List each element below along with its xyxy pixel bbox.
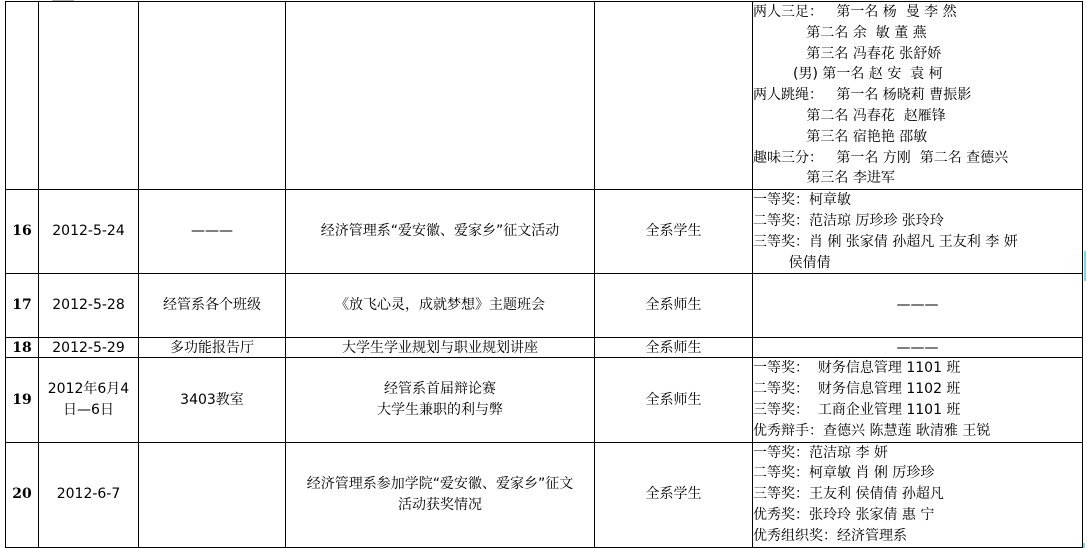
date-line: 2012年6月4 — [39, 379, 138, 400]
table-row: 20 2012-6-7 经济管理系参加学院“爱安徽、爱家乡”征文 活动获奖情况 … — [6, 442, 1083, 547]
activity-line: 活动获奖情况 — [286, 495, 594, 516]
activity-line: 经济管理系参加学院“爱安徽、爱家乡”征文 — [286, 474, 594, 495]
award-line: 第二名 冯春花 赵雁锋 — [753, 106, 1082, 127]
edge-resize-marker — [1083, 543, 1085, 548]
activity-cell: 经济管理系“爱安徽、爱家乡”征文活动 — [286, 190, 595, 274]
location-cell: 经管系各个班级 — [139, 274, 286, 338]
award-line: 二等奖：柯章敏 肖 俐 厉珍珍 — [753, 463, 1082, 484]
date-cell: 2012年6月4 日—6日 — [39, 358, 139, 442]
row-number-cell: 19 — [6, 358, 39, 442]
table-row: 18 2012-5-29 多功能报告厅 大学生学业规划与职业规划讲座 全系师生 … — [6, 338, 1083, 358]
award-line: 第三名 冯春花 张舒娇 — [753, 44, 1082, 65]
table-row: 19 2012年6月4 日—6日 3403教室 经管系首届辩论赛 大学生兼职的利… — [6, 358, 1083, 442]
row-number-cell: 18 — [6, 338, 39, 358]
awards-cell: 一等奖： 财务信息管理 1101 班 二等奖： 财务信息管理 1102 班 三等… — [753, 358, 1083, 442]
participants-cell: 全系师生 — [595, 338, 753, 358]
table-row: 两人三足： 第一名 杨 曼 李 然 第二名 余 敏 董 燕 第三名 冯春花 张舒… — [6, 2, 1083, 190]
award-line: 第二名 余 敏 董 燕 — [753, 23, 1082, 44]
location-cell: ——— — [139, 190, 286, 274]
date-cell: 2012-5-28 — [39, 274, 139, 338]
award-line: 一等奖：柯章敏 — [753, 190, 1082, 211]
award-line: 三等奖： 工商企业管理 1101 班 — [753, 400, 1082, 421]
location-cell — [139, 2, 286, 190]
award-line: 三等奖：王友利 侯倩倩 孙超凡 — [753, 484, 1082, 505]
award-line: 侯倩倩 — [753, 253, 1082, 274]
activity-table: 两人三足： 第一名 杨 曼 李 然 第二名 余 敏 董 燕 第三名 冯春花 张舒… — [5, 1, 1083, 548]
table-row: 16 2012-5-24 ——— 经济管理系“爱安徽、爱家乡”征文活动 全系学生… — [6, 190, 1083, 274]
award-line: 趣味三分： 第一名 方刚 第二名 查德兴 — [753, 148, 1082, 169]
date-cell: 2012-5-29 — [39, 338, 139, 358]
participants-cell — [595, 2, 753, 190]
table-row: 17 2012-5-28 经管系各个班级 《放飞心灵，成就梦想》主题班会 全系师… — [6, 274, 1083, 338]
activity-cell: 《放飞心灵，成就梦想》主题班会 — [286, 274, 595, 338]
row-number-cell: 17 — [6, 274, 39, 338]
awards-cell: 一等奖：范洁琼 李 妍 二等奖：柯章敏 肖 俐 厉珍珍 三等奖：王友利 侯倩倩 … — [753, 442, 1083, 547]
date-cell: 2012-5-24 — [39, 190, 139, 274]
awards-cell: 一等奖：柯章敏 二等奖：范洁琼 厉珍珍 张玲玲 三等奖：肖 俐 张家倩 孙超凡 … — [753, 190, 1083, 274]
activity-line: 经管系首届辩论赛 — [286, 379, 594, 400]
date-line: 日—6日 — [39, 400, 138, 421]
activity-cell: 经管系首届辩论赛 大学生兼职的利与弊 — [286, 358, 595, 442]
award-line: 优秀辩手：查德兴 陈慧莲 耿清雅 王锐 — [753, 421, 1082, 442]
location-cell — [139, 442, 286, 547]
row-number-cell: 20 — [6, 442, 39, 547]
location-cell: 3403教室 — [139, 358, 286, 442]
award-line: 两人跳绳： 第一名 杨晓莉 曹振影 — [753, 85, 1082, 106]
award-line: 第三名 李进军 — [753, 168, 1082, 189]
award-line: 两人三足： 第一名 杨 曼 李 然 — [753, 2, 1082, 23]
award-line: 二等奖： 财务信息管理 1102 班 — [753, 379, 1082, 400]
award-line: (男) 第一名 赵 安 袁 柯 — [753, 64, 1082, 85]
activity-cell: 经济管理系参加学院“爱安徽、爱家乡”征文 活动获奖情况 — [286, 442, 595, 547]
award-line: 一等奖： 财务信息管理 1101 班 — [753, 358, 1082, 379]
participants-cell: 全系师生 — [595, 274, 753, 338]
participants-cell: 全系学生 — [595, 442, 753, 547]
participants-cell: 全系师生 — [595, 358, 753, 442]
award-line: 优秀奖：张玲玲 张家倩 惠 宁 — [753, 505, 1082, 526]
location-cell: 多功能报告厅 — [139, 338, 286, 358]
date-cell: 2012-6-7 — [39, 442, 139, 547]
participants-cell: 全系学生 — [595, 190, 753, 274]
row-number-cell: 16 — [6, 190, 39, 274]
award-line: 第三名 宿艳艳 邵敏 — [753, 127, 1082, 148]
award-line: 优秀组织奖：经济管理系 — [753, 526, 1082, 547]
date-cell — [39, 2, 139, 190]
award-line: 二等奖：范洁琼 厉珍珍 张玲玲 — [753, 211, 1082, 232]
edge-resize-marker — [1084, 251, 1086, 281]
activity-cell: 大学生学业规划与职业规划讲座 — [286, 338, 595, 358]
activity-line: 大学生兼职的利与弊 — [286, 400, 594, 421]
award-line: 三等奖：肖 俐 张家倩 孙超凡 王友利 李 妍 — [753, 232, 1082, 253]
awards-cell: ——— — [753, 274, 1083, 338]
awards-cell: 两人三足： 第一名 杨 曼 李 然 第二名 余 敏 董 燕 第三名 冯春花 张舒… — [753, 2, 1083, 190]
award-line: 一等奖：范洁琼 李 妍 — [753, 443, 1082, 464]
activity-cell — [286, 2, 595, 190]
row-number-cell — [6, 2, 39, 190]
awards-cell: ——— — [753, 338, 1083, 358]
